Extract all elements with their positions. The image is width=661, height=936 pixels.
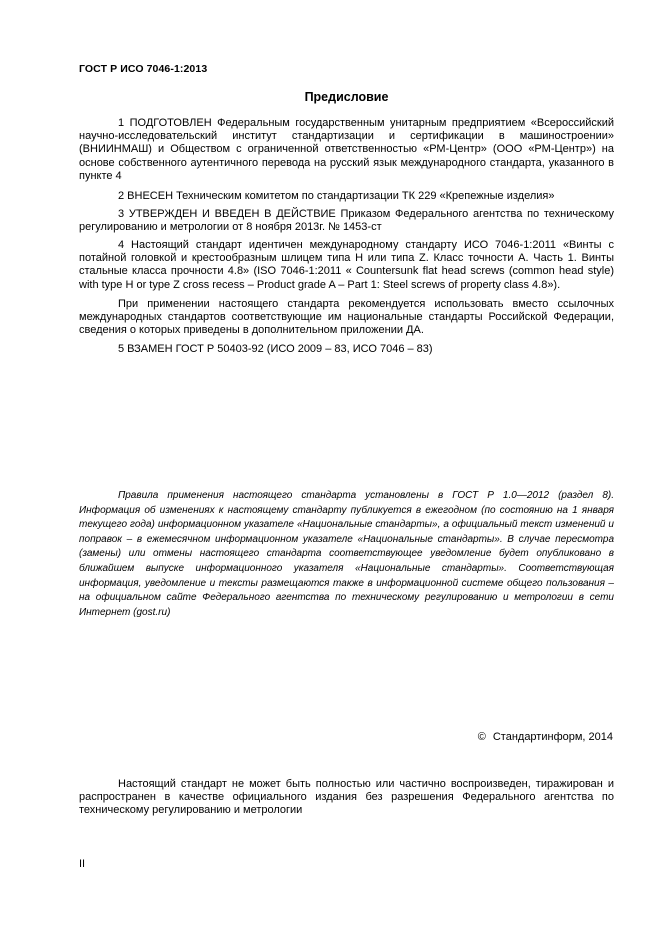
paragraph-approved: 3 УТВЕРЖДЕН И ВВЕДЕН В ДЕЙСТВИЕ Приказом… — [79, 208, 614, 234]
page-number: II — [79, 858, 85, 870]
paragraph-4-block: 4 Настоящий стандарт идентичен междунаро… — [79, 239, 614, 292]
paragraph-prepared: 1 ПОДГОТОВЛЕН Федеральным государственны… — [79, 117, 614, 183]
document-header-standard-number: ГОСТ Р ИСО 7046-1:2013 — [79, 63, 207, 75]
document-page: ГОСТ Р ИСО 7046-1:2013 Предисловие 1 ПОД… — [0, 0, 661, 936]
page-title: Предисловие — [79, 90, 614, 104]
notice-paragraph: Правила применения настоящего стандарта … — [79, 489, 614, 620]
paragraph-identical-standard: 4 Настоящий стандарт идентичен междунаро… — [79, 239, 614, 292]
paragraph-application-block: При применении настоящего стандарта реко… — [79, 298, 614, 338]
notice-block: Правила применения настоящего стандарта … — [79, 489, 614, 620]
paragraph-replaces: 5 ВЗАМЕН ГОСТ Р 50403-92 (ИСО 2009 – 83,… — [79, 343, 614, 356]
paragraph-2-block: 2 ВНЕСЕН Техническим комитетом по станда… — [79, 190, 614, 203]
rights-block: Настоящий стандарт не может быть полност… — [79, 778, 614, 818]
paragraph-5-block: 5 ВЗАМЕН ГОСТ Р 50403-92 (ИСО 2009 – 83,… — [79, 343, 614, 356]
copyright-text: Стандартинформ, 2014 — [493, 731, 613, 743]
copyright-icon: © — [478, 731, 486, 743]
paragraph-3-block: 3 УТВЕРЖДЕН И ВВЕДЕН В ДЕЙСТВИЕ Приказом… — [79, 208, 614, 234]
rights-paragraph: Настоящий стандарт не может быть полност… — [79, 778, 614, 818]
copyright-line: ©Стандартинформ, 2014 — [478, 731, 613, 743]
paragraph-application: При применении настоящего стандарта реко… — [79, 298, 614, 338]
paragraph-1-block: 1 ПОДГОТОВЛЕН Федеральным государственны… — [79, 117, 614, 183]
paragraph-introduced: 2 ВНЕСЕН Техническим комитетом по станда… — [79, 190, 614, 203]
